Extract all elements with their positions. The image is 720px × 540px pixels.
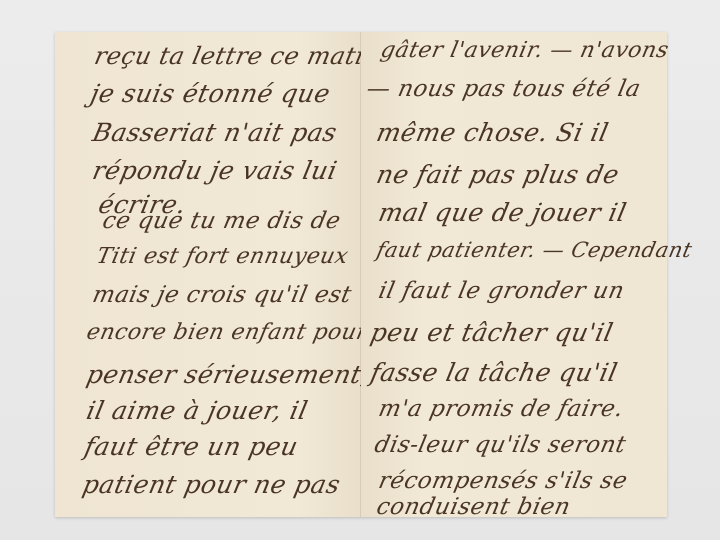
handwritten-line: répondu je vais lui xyxy=(90,156,340,185)
handwritten-line: conduisent bien xyxy=(374,494,573,520)
handwritten-line: mais je crois qu'il est xyxy=(90,282,354,308)
handwritten-line: penser sérieusement, xyxy=(84,360,373,389)
handwritten-line: faut être un peu xyxy=(82,432,301,461)
handwritten-line: ne fait pas plus de xyxy=(374,160,622,189)
handwritten-line: encore bien enfant pour xyxy=(84,320,370,345)
handwritten-line: Basseriat n'ait pas xyxy=(90,118,340,147)
handwritten-line: — nous pas tous été la xyxy=(364,76,643,102)
handwritten-line: ce que tu me dis de xyxy=(100,208,343,234)
handwritten-line: peu et tâcher qu'il xyxy=(368,318,616,347)
handwritten-line: faut patienter. — Cependant xyxy=(374,238,694,262)
handwritten-line: mal que de jouer il xyxy=(376,198,629,227)
handwritten-line: même chose. Si il xyxy=(374,118,611,147)
handwritten-line: je suis étonné que xyxy=(88,79,333,108)
right-page: gâter l'avenir. — n'avons — nous pas tou… xyxy=(361,32,667,517)
handwritten-line: il aime à jouer, il xyxy=(84,396,311,425)
left-page: reçu ta lettre ce matin je suis étonné q… xyxy=(55,32,361,517)
handwritten-line: Titi est fort ennuyeux xyxy=(94,244,350,269)
handwritten-line: fasse la tâche qu'il xyxy=(368,358,620,387)
handwritten-line: gâter l'avenir. — n'avons xyxy=(378,38,671,63)
handwritten-line: dis-leur qu'ils seront xyxy=(372,432,628,458)
handwritten-line: m'a promis de faire. xyxy=(376,396,626,422)
handwritten-line: patient pour ne pas xyxy=(80,470,343,499)
handwritten-line: récompensés s'ils se xyxy=(376,468,630,494)
letter: reçu ta lettre ce matin je suis étonné q… xyxy=(55,32,667,517)
handwritten-line: reçu ta lettre ce matin xyxy=(92,42,383,70)
handwritten-line: il faut le gronder un xyxy=(376,278,627,304)
